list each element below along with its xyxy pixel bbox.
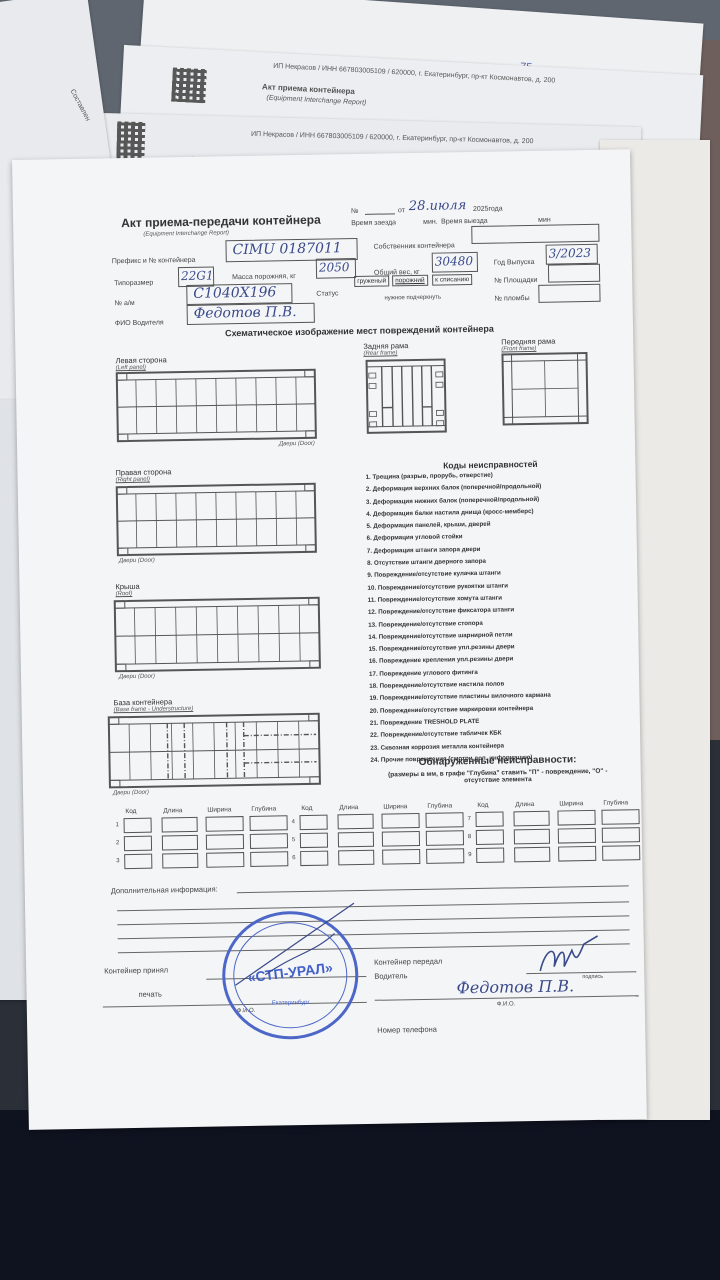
fault-table-header: Глубина	[603, 799, 628, 806]
driver-field[interactable]: Федотов П.В.	[187, 303, 315, 325]
fault-codes-list: Коды неисправностей 1. Трещина (разрыв, …	[365, 458, 620, 767]
fault-cell-input[interactable]	[206, 852, 244, 868]
driver-label: ФИО Водителя	[115, 319, 164, 327]
fault-cell-input[interactable]	[381, 813, 419, 829]
panel-right-label: Правая сторона	[115, 467, 171, 477]
rear-frame-diagram[interactable]	[366, 358, 447, 433]
fault-cell-input[interactable]	[124, 854, 152, 869]
site-field[interactable]	[548, 264, 600, 283]
tare-label: Масса порожняя, кг	[232, 273, 296, 281]
fault-table-header: Код	[125, 808, 136, 815]
fault-cell-input[interactable]	[382, 831, 420, 847]
status-option-writeoff[interactable]: к списанию	[432, 274, 472, 286]
roof-diagram[interactable]	[114, 597, 321, 673]
found-faults-note: (размеры в мм, в графе "Глубина" ставить…	[373, 767, 623, 785]
year-field[interactable]: 3/2023	[546, 244, 598, 265]
back-sheet-header: ИП Некрасов / ИНН 667803005109 / 620000,…	[273, 63, 555, 85]
panel-roof-label: Крыша	[115, 582, 139, 591]
panel-left-door: Двери (Door)	[279, 441, 315, 448]
panel-right-sub: (Right panel)	[116, 477, 150, 484]
fault-cell-input[interactable]	[337, 814, 373, 830]
fault-table-header: Код	[477, 802, 488, 809]
arrival-time-suffix: мин.	[423, 219, 438, 226]
fault-row-number: 7	[468, 816, 471, 822]
container-prefix-label: Префикс и № контейнера	[112, 257, 196, 265]
phone-label: Номер телефона	[377, 1025, 437, 1035]
front-frame-diagram[interactable]	[501, 352, 588, 425]
fault-table-header: Глубина	[251, 805, 276, 812]
fault-cell-input[interactable]	[475, 812, 503, 827]
fault-row-number: 3	[116, 858, 119, 864]
panel-front-sub: (Front frame)	[501, 346, 536, 353]
form-title: Акт приема-передачи контейнера	[121, 213, 321, 230]
fault-cell-input[interactable]	[602, 845, 640, 861]
fault-cell-input[interactable]	[558, 828, 596, 844]
panel-roof-door: Двери (Door)	[119, 674, 155, 681]
status-label: Статус	[316, 290, 338, 297]
right-panel-diagram[interactable]	[116, 483, 317, 556]
container-interchange-form: Акт приема-передачи контейнера (Equipmen…	[12, 149, 647, 1130]
fault-row-number: 9	[468, 852, 471, 858]
driver-sign-label: Водитель	[374, 971, 407, 981]
tare-field[interactable]: 2050	[316, 258, 356, 279]
type-size-label: Типоразмер	[114, 280, 153, 288]
fault-cell-input[interactable]	[161, 817, 197, 833]
owner-field[interactable]	[471, 224, 599, 244]
fault-cell-input[interactable]	[426, 848, 464, 864]
fault-cell-input[interactable]	[299, 815, 327, 830]
fault-table-header: Код	[301, 805, 312, 812]
panel-roof-sub: (Roof)	[116, 591, 133, 597]
left-sheet-text: Составлен	[69, 88, 92, 122]
fault-cell-input[interactable]	[250, 851, 288, 867]
departure-time-label: Время выезда	[441, 218, 488, 226]
fault-cell-input[interactable]	[514, 829, 550, 845]
fault-table-header: Длина	[163, 807, 182, 814]
back-sheet-subtitle: (Equipment Interchange Report)	[266, 94, 366, 106]
fault-row-number: 1	[116, 822, 119, 828]
panel-left-label: Левая сторона	[115, 355, 166, 365]
base-frame-diagram[interactable]	[108, 713, 321, 789]
seal-field[interactable]	[538, 284, 600, 303]
year-label: Год Выпуска	[494, 259, 535, 267]
owner-label: Собственник контейнера	[374, 242, 455, 250]
fault-cell-input[interactable]	[300, 833, 328, 848]
number-label: №	[351, 208, 359, 215]
form-subtitle: (Equipment Interchange Report)	[143, 230, 229, 237]
additional-info-label: Дополнительная информация:	[111, 885, 218, 896]
left-panel-diagram[interactable]	[116, 369, 317, 442]
fault-cell-input[interactable]	[557, 810, 595, 826]
panel-base-sub: (Base frame - Understructure)	[114, 706, 194, 713]
additional-info-line[interactable]	[117, 915, 629, 925]
schematic-title: Схематическое изображение мест поврежден…	[225, 324, 494, 339]
fault-cell-input[interactable]	[206, 834, 244, 850]
departure-time-suffix: мин	[538, 217, 551, 224]
fault-row-number: 2	[116, 840, 119, 846]
driver-value: Федотов П.В.	[194, 304, 297, 322]
panel-front-label: Передняя рама	[501, 337, 555, 347]
plate-field[interactable]: С1040Х196	[186, 283, 292, 305]
stamp-label: печать	[139, 990, 162, 999]
status-option-empty[interactable]: порожний	[392, 275, 428, 287]
fault-cell-input[interactable]	[382, 849, 420, 865]
fault-cell-input[interactable]	[602, 827, 640, 843]
driver-sign-name[interactable]: Федотов П.В.	[456, 976, 574, 997]
tare-value: 2050	[319, 260, 350, 275]
fault-cell-input[interactable]	[249, 815, 287, 831]
panel-right-door: Двери (Door)	[119, 558, 155, 565]
company-stamp-icon: «СТП-УРАЛ» Екатеринбург	[221, 910, 359, 1040]
fault-table: КодДлинаШиринаГлубина123КодДлинаШиринаГл…	[115, 799, 636, 878]
panel-rear-sub: (Rear frame)	[363, 350, 397, 357]
plate-value: С1040Х196	[193, 284, 276, 301]
fault-cell-input[interactable]	[338, 832, 374, 848]
handed-label: Контейнер передал	[374, 957, 442, 967]
fault-table-header: Ширина	[207, 806, 231, 813]
fault-cell-input[interactable]	[205, 816, 243, 832]
fault-cell-input[interactable]	[514, 847, 550, 863]
fault-cell-input[interactable]	[426, 830, 464, 846]
additional-info-line[interactable]	[237, 885, 629, 893]
gross-field[interactable]: 30480	[432, 252, 478, 273]
year-value: 3/2023	[549, 246, 591, 261]
date-prefix: от	[398, 207, 405, 214]
fault-cell-input[interactable]	[338, 850, 374, 866]
panel-rear-label: Задняя рама	[363, 341, 408, 351]
container-prefix-value: CIMU 0187011	[232, 240, 341, 258]
received-label: Контейнер принял	[104, 965, 168, 975]
fault-row-number: 8	[468, 834, 471, 840]
fault-cell-input[interactable]	[601, 809, 639, 825]
fault-table-header: Ширина	[383, 803, 407, 810]
plate-label: № а/м	[114, 300, 134, 307]
fault-table-header: Длина	[515, 801, 534, 808]
fault-cell-input[interactable]	[476, 848, 504, 863]
number-field[interactable]	[365, 213, 395, 215]
fault-cell-input[interactable]	[513, 811, 549, 827]
panel-base-door: Двери (Door)	[113, 790, 149, 797]
arrival-time-label: Время заезда	[351, 219, 396, 227]
driver-signature-icon	[536, 936, 607, 977]
year-suffix: 2025года	[473, 205, 503, 213]
dark-surface-bottom	[0, 1110, 720, 1280]
fault-table-header: Ширина	[559, 800, 583, 807]
status-option-loaded[interactable]: груженый	[354, 275, 389, 287]
back-sheet-header: ИП Некрасов / ИНН 667803005109 / 620000,…	[251, 131, 534, 145]
type-size-value: 22G1	[181, 269, 214, 284]
fault-cell-input[interactable]	[300, 851, 328, 866]
fault-cell-input[interactable]	[162, 835, 198, 851]
additional-info-line[interactable]	[117, 901, 629, 911]
site-label: № Площадки	[494, 277, 537, 285]
date-field[interactable]: 28.июля	[409, 198, 467, 214]
fault-row-number: 4	[292, 819, 295, 825]
qr-code-icon	[171, 68, 207, 104]
fault-table-header: Длина	[339, 804, 358, 811]
seal-label: № пломбы	[494, 295, 529, 303]
fault-cell-input[interactable]	[476, 830, 504, 845]
fault-row-number: 6	[292, 855, 295, 861]
fault-cell-input[interactable]	[425, 812, 463, 828]
fio-label-right: Ф.И.О.	[497, 1001, 516, 1007]
qr-code-icon	[116, 121, 145, 162]
fault-cell-input[interactable]	[162, 853, 198, 869]
fault-row-number: 5	[292, 837, 295, 843]
fault-cell-input[interactable]	[558, 846, 596, 862]
receiver-signature-icon	[234, 913, 366, 1005]
status-hint: нужное подчеркнуть	[384, 295, 441, 302]
gross-value: 30480	[435, 254, 473, 269]
fault-cell-input[interactable]	[250, 833, 288, 849]
panel-left-sub: (Left panel)	[116, 365, 146, 372]
fault-cell-input[interactable]	[124, 818, 152, 833]
fault-table-header: Глубина	[427, 802, 452, 809]
fault-cell-input[interactable]	[124, 836, 152, 851]
